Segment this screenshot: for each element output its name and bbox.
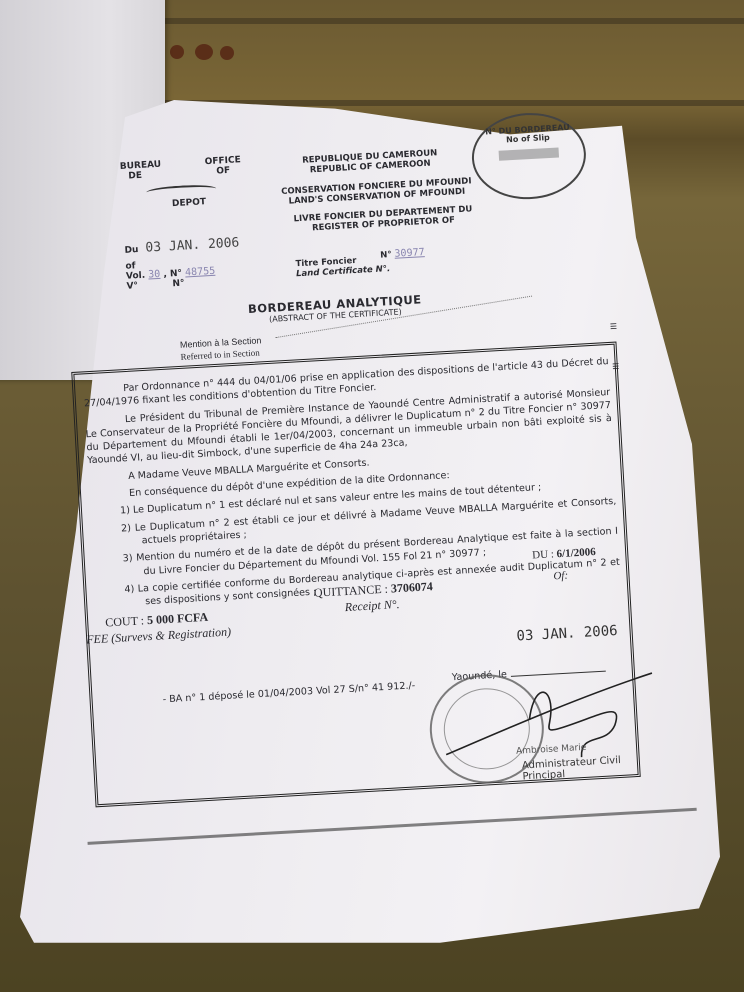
of-label: Of: [553, 570, 568, 583]
no-value: 48755 [185, 266, 216, 279]
vol-value: 30 [148, 269, 161, 281]
office-label: OFFICE OF [204, 155, 241, 177]
bordereau-document: BUREAU DE OFFICE OF DEPOT Du 03 JAN. 200… [38, 103, 722, 937]
date-stamp: 03 JAN. 2006 [145, 235, 240, 255]
rust-spot [195, 44, 213, 60]
date-stamp: 03 JAN. 2006 [516, 623, 618, 645]
document-title: BORDEREAU ANALYTIQUE (ABSTRACT OF THE CE… [248, 292, 423, 325]
land-certificate-label: Titre Foncier Land Certificate N°. [295, 254, 390, 279]
republic-heading: REPUBLIQUE DU CAMEROUN REPUBLIC OF CAMER… [280, 147, 461, 177]
body-text: Par Ordonnance n° 444 du 04/01/06 prise … [83, 355, 621, 615]
depot-label: DEPOT [172, 197, 207, 209]
desk-rail [160, 18, 744, 24]
margin-mark: III [608, 322, 617, 330]
volume-block: of Vol. 30 , N° 48755 V° N° [125, 257, 216, 292]
bureau-label: BUREAU DE [120, 160, 162, 182]
land-certificate-number: N° 30977 [380, 247, 425, 260]
bottom-edge-line [88, 808, 697, 845]
brace-icon [146, 184, 216, 198]
rust-spot [220, 46, 234, 60]
depot-date: Du 03 JAN. 2006 [124, 235, 240, 256]
section-mention: Mention à la Section Referred to in Sect… [180, 334, 263, 363]
conservation-heading: CONSERVATION FONCIERE DU MFOUNDI LAND'S … [261, 175, 492, 208]
rust-spot [170, 45, 184, 59]
ba-deposit-line: - BA n° 1 déposé le 01/04/2003 Vol 27 S/… [162, 680, 415, 705]
receipt-label: Receipt N°. [344, 597, 400, 615]
register-heading: LIVRE FONCIER DU DEPARTEMENT DU REGISTER… [278, 204, 489, 236]
